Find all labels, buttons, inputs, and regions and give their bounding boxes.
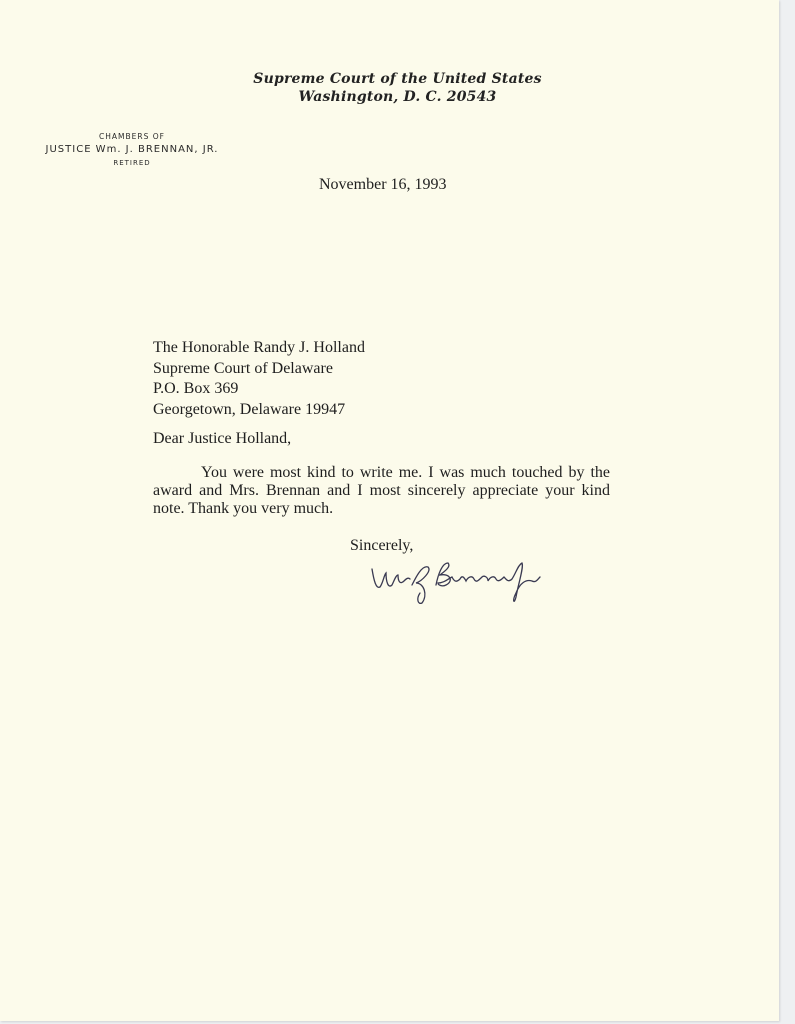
signature-icon: Wm. J. Brennan, Jr. [366, 555, 566, 607]
closing: Sincerely, [350, 537, 413, 555]
letter-body: You were most kind to write me. I was mu… [153, 464, 610, 518]
letterhead-location: Washington, D. C. 20543 [0, 88, 795, 106]
recipient-po-box: P.O. Box 369 [153, 379, 365, 400]
salutation: Dear Justice Holland, [153, 430, 291, 448]
chambers-block: CHAMBERS OF JUSTICE Wm. J. BRENNAN, JR. … [44, 131, 220, 169]
letterhead-court-name: Supreme Court of the United States [0, 70, 795, 88]
recipient-city: Georgetown, Delaware 19947 [153, 400, 365, 421]
recipient-name: The Honorable Randy J. Holland [153, 338, 365, 359]
justice-name: JUSTICE Wm. J. BRENNAN, JR. [44, 143, 220, 157]
recipient-organization: Supreme Court of Delaware [153, 359, 365, 380]
retired-label: RETIRED [44, 157, 220, 169]
show-through-decoration [160, 520, 171, 571]
chambers-label: CHAMBERS OF [44, 131, 220, 143]
letter-date: November 16, 1993 [319, 176, 447, 194]
recipient-address: The Honorable Randy J. Holland Supreme C… [153, 338, 365, 420]
letter-page: Supreme Court of the United States Washi… [0, 0, 779, 1021]
letterhead: Supreme Court of the United States Washi… [0, 70, 795, 106]
